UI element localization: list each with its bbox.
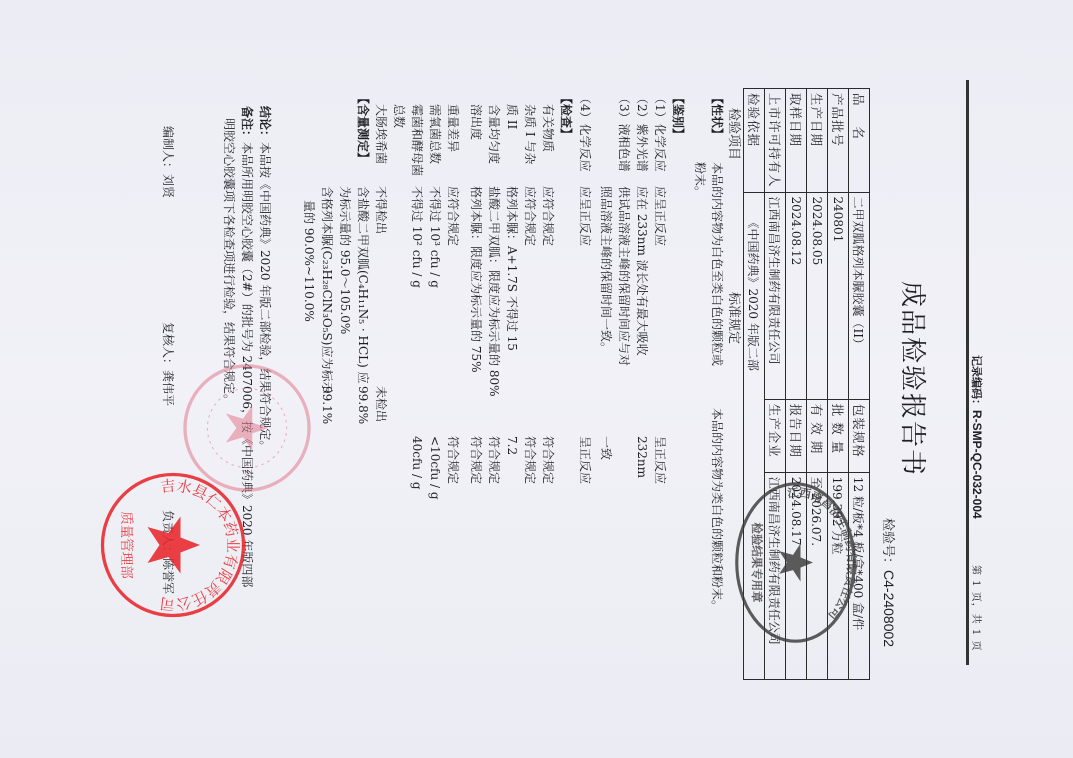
dissolution-item: 溶出度	[467, 104, 485, 140]
record-code-value: R-SMP-QC-032-004	[970, 410, 984, 519]
remark-label: 备注：	[240, 106, 254, 142]
assay-glibenclamide-standard: 含格列本脲(C₂₃H₂₈ClN₃O₅S)应为标示	[318, 186, 336, 393]
section-inspection: 【检查】	[557, 92, 575, 140]
impurity-result-2: 7.2	[503, 436, 521, 455]
dissolution-result: 符合规定	[467, 436, 485, 484]
package-spec-label: 包装规格	[849, 399, 870, 472]
id3-standard: 供试品溶液主峰的保留时间应与对	[615, 186, 633, 366]
report-number-value: C4-2408002	[881, 570, 897, 647]
tamc-standard: 不得过 10³ cfu / g	[426, 186, 444, 288]
mah-label: 上市许可持有人	[765, 89, 786, 193]
gray-inspection-stamp: 江西南昌济生制药有限责任公司 检验结果专用章	[733, 480, 858, 645]
reviewer: 复核人：龚伟平	[159, 322, 177, 406]
impurity-item-cont: 质 II	[503, 104, 521, 129]
tymc-result: 40cfu / g	[408, 436, 426, 490]
ecoli-item: 大肠埃希菌	[372, 104, 390, 164]
assay-metformin-result: 99.8%	[354, 386, 372, 424]
impurity-standard: 应符合规定	[521, 186, 539, 246]
header-divider	[966, 80, 969, 665]
conclusion-label: 结论：	[258, 106, 272, 142]
production-date: 2024.08.05	[807, 192, 828, 399]
assay-metformin-standard: 含盐酸二甲双胍(C₄H₁₁N₅ · HCL) 应	[354, 186, 372, 384]
batch-qty-label: 批 数 量	[828, 399, 849, 472]
batch-no-label: 产品批号	[828, 89, 849, 193]
appearance-standard: 本品的内容物为白色至类白色的颗粒或	[708, 162, 726, 366]
content-uniformity-item: 含量均匀度	[485, 104, 503, 164]
id4-item: （4）化学反应	[576, 92, 594, 172]
impurity-standard-2: 格列本脲：A+1.7S 不得过 15	[503, 186, 521, 351]
id3-item: （3）液相色谱	[615, 92, 633, 172]
tymc-standard: 不得过 10² cfu / g	[408, 186, 426, 288]
batch-no: 240801	[828, 192, 849, 399]
report-number-label: 检验号：	[880, 518, 895, 570]
id2-result: 232nm	[633, 436, 651, 478]
ecoli-standard: 不得检出	[372, 186, 390, 234]
related-substances-item: 有关物质	[539, 104, 557, 152]
weight-variation-result: 符合规定	[444, 436, 462, 484]
content-uniformity-result: 符合规定	[485, 436, 503, 484]
page-info: 第 1 页，共 1 页	[970, 565, 985, 651]
inspection-report-page: 第 1 页，共 1 页 记录编码：R-SMP-QC-032-004 成品检验报告…	[0, 0, 1073, 758]
preparer-label: 编制人：	[161, 126, 175, 174]
dissolution-standard: 格列本脲：限度应为标示量的 75%	[467, 186, 485, 373]
section-appearance: 【性状】	[708, 92, 726, 140]
weight-variation-item: 重量差异	[444, 104, 462, 152]
record-code-label: 记录编码：	[970, 355, 983, 410]
reviewer-label: 复核人：	[161, 322, 175, 370]
weight-variation-standard: 应符合规定	[444, 186, 462, 246]
ecoli-result: 未检出	[372, 386, 390, 422]
sampling-date-label: 取样日期	[786, 89, 807, 193]
tamc-item: 需氧菌总数	[426, 104, 444, 164]
related-substances-result: 符合规定	[539, 436, 557, 484]
id2-item: （2）紫外光谱	[633, 92, 651, 172]
red-quality-dept-stamp: 吉水县仁本药业有限责任公司 质量管理部	[98, 470, 248, 620]
impurity-result: 符合规定	[521, 436, 539, 484]
report-number: 检验号：C4-2408002	[880, 518, 899, 647]
id2-standard: 应在 233nm 波长处有最大吸收	[633, 186, 651, 356]
tymc-item-cont: 总数	[390, 104, 408, 128]
column-standard: 标准规定	[726, 292, 745, 344]
assay-glibenclamide-standard-cont: 量的 90.0%~110.0%	[300, 200, 318, 322]
product-name: 二甲双胍格列本脲胶囊（II）	[849, 192, 870, 399]
report-title: 成品检验报告书	[896, 0, 933, 758]
expiry-label: 有 效 期	[807, 399, 828, 472]
product-name-label: 品 名	[849, 89, 870, 193]
report-date-label: 报告日期	[786, 399, 807, 472]
id3-result: 一致	[597, 436, 615, 460]
preparer-name: 刘贤	[161, 174, 175, 198]
id1-item: （1）化学反应	[651, 92, 669, 172]
preparer: 编制人：刘贤	[159, 126, 177, 198]
red-stamp-dept: 质量管理部	[118, 511, 134, 579]
section-identification: 【鉴别】	[669, 92, 687, 140]
assay-metformin-standard-cont: 为标示量的 95.0～105.0%	[336, 186, 354, 334]
sampling-date: 2024.08.12	[786, 192, 807, 399]
related-substances-standard: 应符合规定	[539, 186, 557, 246]
manufacturer-label: 生产企业	[765, 399, 786, 472]
assay-glibenclamide-result: 99.1%	[318, 386, 336, 424]
id4-standard: 应呈正反应	[576, 186, 594, 246]
reviewer-name: 龚伟平	[161, 370, 175, 406]
appearance-standard-cont: 粉末。	[691, 162, 709, 198]
record-code: 记录编码：R-SMP-QC-032-004	[969, 355, 985, 519]
impurity-item: 杂质 I 与杂	[521, 104, 539, 164]
production-date-label: 生产日期	[807, 89, 828, 193]
gray-stamp-dept: 检验结果专用章	[750, 523, 764, 604]
column-item: 检验项目	[726, 108, 745, 160]
appearance-result: 本品的内容物为类白色的颗粒和粉末。	[708, 408, 726, 612]
basis-label: 检验依据	[744, 89, 765, 193]
tamc-result: <10cfu / g	[426, 436, 444, 500]
mah: 江西南昌济生制药有限责任公司	[765, 192, 786, 399]
id4-result: 呈正反应	[576, 436, 594, 484]
section-assay: 【含量测定】	[354, 92, 372, 164]
basis-value: 《中国药典》2020 年版二部	[747, 217, 761, 371]
id1-result: 呈正反应	[651, 436, 669, 484]
tymc-item: 霉菌和酵母菌	[408, 104, 426, 176]
content-uniformity-standard: 盐酸二甲双胍：限度应为标示量的 80%	[485, 186, 503, 397]
id1-standard: 应呈正反应	[651, 186, 669, 246]
id3-standard-cont: 照品溶液主峰的保留时间一致。	[597, 186, 615, 354]
